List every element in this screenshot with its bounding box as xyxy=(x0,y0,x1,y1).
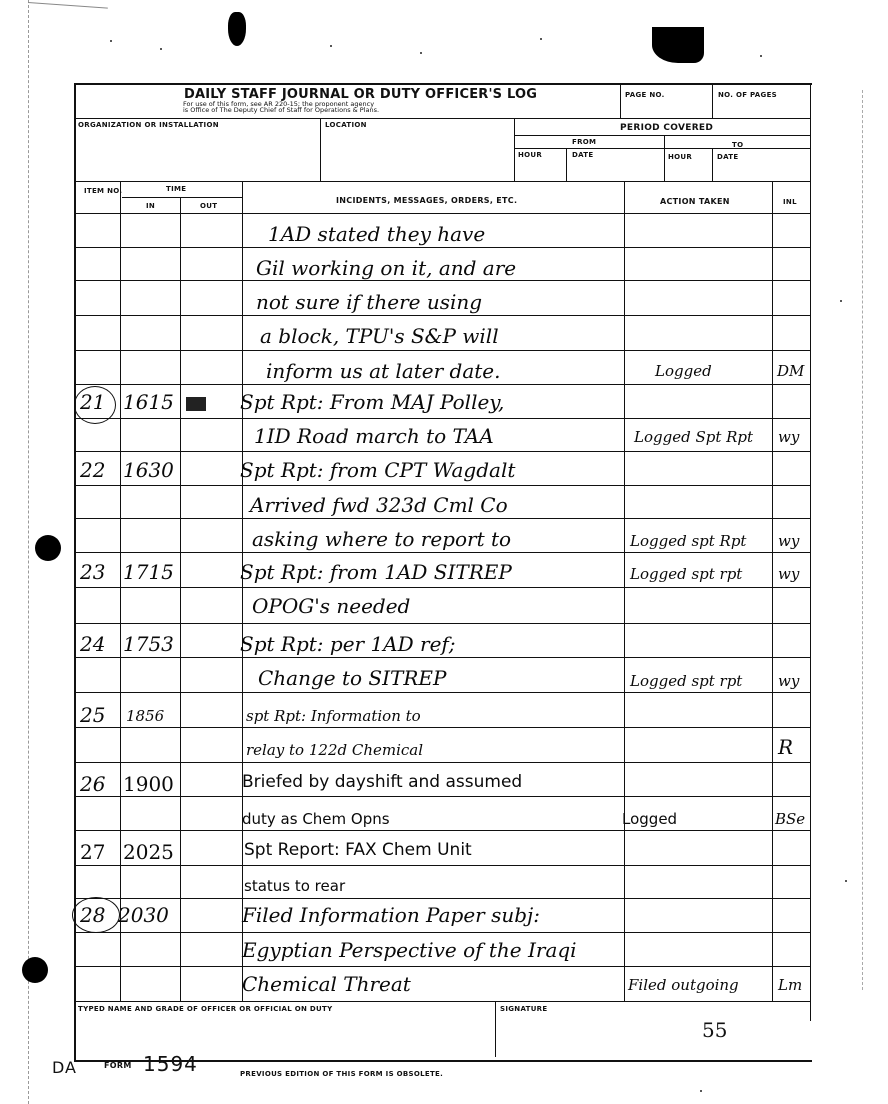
entry-text: duty as Chem Opns xyxy=(242,810,390,828)
punch-hole-lower xyxy=(22,957,48,983)
subtitle-line-2: is Office of The Deputy Chief of Staff f… xyxy=(183,107,379,113)
col-initials: INL xyxy=(783,198,797,206)
col-action-taken: ACTION TAKEN xyxy=(660,197,730,206)
to-date-label: DATE xyxy=(717,153,738,161)
to-hour-label: HOUR xyxy=(668,153,692,161)
row-line xyxy=(74,865,810,866)
col-divider xyxy=(624,181,625,1001)
form-prefix: DA xyxy=(52,1058,77,1077)
entry-text: asking where to report to xyxy=(252,527,511,551)
row-line xyxy=(74,485,810,486)
entry-text: relay to 122d Chemical xyxy=(246,741,423,759)
divider xyxy=(74,181,810,182)
scan-edge-left xyxy=(28,0,29,1104)
row-line xyxy=(74,418,810,419)
scan-speck xyxy=(840,300,842,302)
entry-text: a block, TPU's S&P will xyxy=(260,324,499,348)
initials-text: wy xyxy=(778,565,799,583)
scan-speck xyxy=(110,40,112,42)
scan-edge-right xyxy=(862,90,863,990)
time-in: 1715 xyxy=(123,560,174,584)
row-line xyxy=(74,518,810,519)
initials-text: DM xyxy=(777,362,804,380)
action-text: Logged xyxy=(655,362,712,380)
entry-text: Spt Rpt: from 1AD SITREP xyxy=(240,560,512,584)
scan-speck xyxy=(330,45,332,47)
scan-speck xyxy=(700,1090,702,1092)
scan-edge-top xyxy=(28,2,108,9)
row-line xyxy=(74,762,810,763)
no-of-pages-label: NO. OF PAGES xyxy=(718,91,777,99)
entry-text: OPOG's needed xyxy=(252,594,410,618)
form-subtitle: For use of this form, see AR 220-15; the… xyxy=(183,101,379,113)
row-line xyxy=(74,623,810,624)
entry-text: Chemical Threat xyxy=(242,972,411,996)
initials-text: wy xyxy=(778,672,799,690)
entry-text: Gil working on it, and are xyxy=(256,256,516,280)
item-number: 28 xyxy=(80,903,105,927)
row-line xyxy=(74,384,810,385)
divider xyxy=(514,148,810,149)
row-line xyxy=(74,898,810,899)
col-divider xyxy=(772,181,773,1001)
divider xyxy=(566,148,567,181)
scan-speck xyxy=(845,880,847,882)
item-number: 22 xyxy=(80,458,105,482)
action-text: Logged spt rpt xyxy=(630,565,742,583)
item-number: 21 xyxy=(80,390,105,414)
entry-text: Egyptian Perspective of the Iraqi xyxy=(242,938,577,962)
entry-text: Change to SITREP xyxy=(258,666,446,690)
divider xyxy=(514,135,810,136)
row-line xyxy=(74,966,810,967)
item-number: 24 xyxy=(80,632,105,656)
action-text: Logged xyxy=(622,810,677,828)
form-word: FORM xyxy=(104,1061,132,1070)
item-number: 23 xyxy=(80,560,105,584)
form-right-border xyxy=(810,83,811,1021)
item-number: 25 xyxy=(80,703,105,727)
time-in: 1753 xyxy=(123,632,174,656)
row-line xyxy=(74,727,810,728)
col-incidents: INCIDENTS, MESSAGES, ORDERS, ETC. xyxy=(336,196,517,205)
entry-text: Spt Rpt: per 1AD ref; xyxy=(240,632,456,656)
scan-speck xyxy=(760,55,762,57)
from-hour-label: HOUR xyxy=(518,151,542,159)
action-text: Logged Spt Rpt xyxy=(634,428,753,446)
row-line xyxy=(74,280,810,281)
entry-text: not sure if there using xyxy=(256,290,482,314)
divider xyxy=(712,84,713,118)
action-text: Logged spt rpt xyxy=(630,672,742,690)
divider xyxy=(122,197,242,198)
time-in: 1856 xyxy=(126,707,164,725)
row-line xyxy=(74,213,810,214)
row-line xyxy=(74,247,810,248)
divider xyxy=(74,118,810,119)
initials-text: R xyxy=(778,735,793,759)
col-item-no: ITEM NO. xyxy=(84,186,122,196)
time-in: 2025 xyxy=(123,840,174,864)
item-number: 27 xyxy=(80,840,105,864)
entry-text: 1ID Road march to TAA xyxy=(254,424,494,448)
period-covered-label: PERIOD COVERED xyxy=(620,123,713,133)
time-in: 1630 xyxy=(123,458,174,482)
divider xyxy=(514,118,515,181)
scan-speck xyxy=(420,52,422,54)
initials-text: wy xyxy=(778,428,799,446)
stamp-number: 55 xyxy=(702,1018,727,1042)
previous-edition-note: PREVIOUS EDITION OF THIS FORM IS OBSOLET… xyxy=(240,1070,443,1078)
action-text: Logged spt Rpt xyxy=(630,532,746,550)
officer-name-label: TYPED NAME AND GRADE OF OFFICER OR OFFIC… xyxy=(78,1005,332,1013)
time-in: 1900 xyxy=(123,772,174,796)
scan-speck xyxy=(540,38,542,40)
divider xyxy=(495,1001,496,1057)
entry-text: spt Rpt: Information to xyxy=(246,707,421,725)
entry-text: inform us at later date. xyxy=(266,359,501,383)
divider xyxy=(712,148,713,181)
signature-label: SIGNATURE xyxy=(500,1005,547,1013)
time-in: 1615 xyxy=(123,390,174,414)
row-line xyxy=(74,796,810,797)
entry-text: Spt Report: FAX Chem Unit xyxy=(244,840,472,860)
punch-hole-upper xyxy=(35,535,61,561)
time-in: 2030 xyxy=(118,903,169,927)
action-text: Filed outgoing xyxy=(628,976,739,994)
col-divider xyxy=(120,181,121,1001)
form-number: 1594 xyxy=(143,1052,198,1076)
scribbled-out-time xyxy=(186,397,206,411)
entry-text: Spt Rpt: From MAJ Polley, xyxy=(240,390,504,414)
scan-speck xyxy=(160,48,162,50)
col-time: TIME xyxy=(166,185,186,193)
entry-text: Arrived fwd 323d Cml Co xyxy=(250,493,508,517)
row-line xyxy=(74,451,810,452)
row-line xyxy=(74,1001,810,1002)
entry-text: Spt Rpt: from CPT Wagdalt xyxy=(240,458,515,482)
from-date-label: DATE xyxy=(572,151,593,159)
ink-blot-top-left xyxy=(228,12,246,46)
row-line xyxy=(74,692,810,693)
entry-text: Filed Information Paper subj: xyxy=(242,903,540,927)
location-label: LOCATION xyxy=(325,121,367,129)
page-no-label: PAGE NO. xyxy=(625,91,665,99)
row-line xyxy=(74,587,810,588)
row-line xyxy=(74,932,810,933)
entry-text: Briefed by dayshift and assumed xyxy=(242,772,522,792)
ink-blot-top-right xyxy=(652,27,704,63)
organization-label: ORGANIZATION OR INSTALLATION xyxy=(78,121,219,129)
col-in: IN xyxy=(146,202,155,210)
row-line xyxy=(74,830,810,831)
item-no-header: ITEM NO. xyxy=(84,187,122,195)
initials-text: Lm xyxy=(778,976,802,994)
col-divider xyxy=(242,181,243,1001)
initials-text: BSe xyxy=(775,810,805,828)
col-out: OUT xyxy=(200,202,217,210)
divider xyxy=(620,84,621,118)
row-line xyxy=(74,315,810,316)
initials-text: wy xyxy=(778,532,799,550)
row-line xyxy=(74,350,810,351)
divider xyxy=(320,118,321,181)
item-number: 26 xyxy=(80,772,105,796)
entry-text: status to rear xyxy=(244,877,345,895)
from-label: FROM xyxy=(572,138,596,146)
col-divider xyxy=(180,197,181,1001)
entry-text: 1AD stated they have xyxy=(268,222,485,246)
row-line xyxy=(74,552,810,553)
divider xyxy=(664,135,665,181)
row-line xyxy=(74,657,810,658)
